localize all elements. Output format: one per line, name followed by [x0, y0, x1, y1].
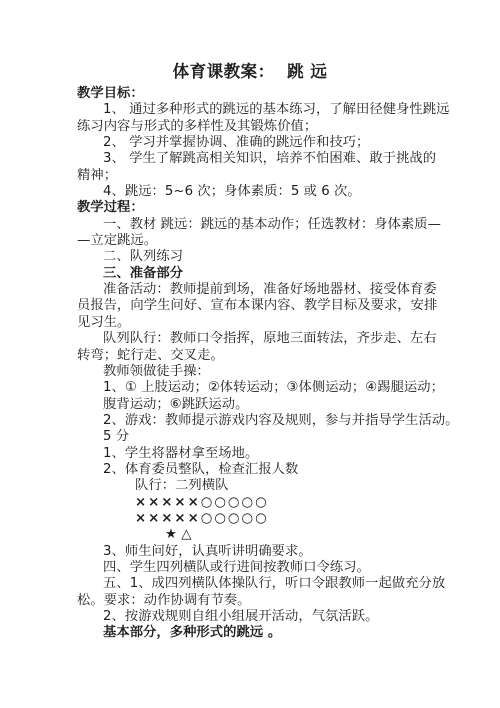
- text-line: 4、跳远：5~6 次；身体素质：5 或 6 次。: [77, 184, 447, 200]
- formation-crosses: ×××××: [135, 495, 201, 510]
- text-line: 三、准备部分: [77, 266, 447, 282]
- document-body: 教学目标：1、 通过多种形式的跳远的基本练习，了解田径健身性跳远练习内容与形式的…: [77, 86, 447, 642]
- formation-circles: ○○○○○: [201, 511, 269, 526]
- text-line: 1、 通过多种形式的跳远的基本练习，了解田径健身性跳远: [77, 102, 447, 118]
- text-line: 教师领做徒手操：: [77, 364, 447, 380]
- text-line: 转弯；蛇行走、交叉走。: [77, 348, 447, 364]
- text-line: 精神；: [77, 168, 447, 184]
- text-line: ★ △: [77, 527, 447, 543]
- text-line: —立定跳远。: [77, 233, 447, 249]
- text-line: 准备活动：教师提前到场，准备好场地器材、接受体育委: [77, 282, 447, 298]
- text-line: 基本部分，多种形式的跳远 。: [77, 625, 447, 641]
- text-line: 四、学生四列横队或行进间按教师口令练习。: [77, 560, 447, 576]
- text-line: 3、师生问好，认真听讲明确要求。: [77, 544, 447, 560]
- formation-circles: ○○○○○: [201, 495, 269, 510]
- document-title: 体育课教案： 跳 远: [0, 58, 500, 82]
- text-line: 1、① 上肢运动；②体转运动；③体侧运动；④踢腿运动；: [77, 380, 447, 396]
- text-line: 2、游戏：教师提示游戏内容及规则，参与并指导学生活动。: [77, 413, 447, 429]
- text-line: 1、学生将器材拿至场地。: [77, 446, 447, 462]
- text-line: 3、 学生了解跳高相关知识，培养不怕困难、敢于挑战的: [77, 151, 447, 167]
- text-line: 五、1、成四列横队体操队行，听口令跟教师一起做充分放: [77, 576, 447, 592]
- text-line: 员报告，向学生问好、宣布本课内容、教学目标及要求，安排: [77, 298, 447, 314]
- text-line: 腹背运动；⑥跳跃运动。: [77, 397, 447, 413]
- text-line: 一、教材 跳远：跳远的基本动作；任选教材：身体素质—: [77, 217, 447, 233]
- text-line: 队行：二列横队: [77, 478, 447, 494]
- text-line: 5 分: [77, 429, 447, 445]
- text-line: 2、按游戏规则自组小组展开活动，气氛活跃。: [77, 609, 447, 625]
- text-line: 队列队行：教师口令指挥，原地三面转法，齐步走、左右: [77, 331, 447, 347]
- text-line: 2、体育委员整队，检查汇报人数: [77, 462, 447, 478]
- text-line: 教学目标：: [77, 86, 447, 102]
- text-line: 松。要求：动作协调有节奏。: [77, 593, 447, 609]
- document-page: 体育课教案： 跳 远 教学目标：1、 通过多种形式的跳远的基本练习，了解田径健身…: [0, 0, 500, 708]
- text-line: 教学过程：: [77, 200, 447, 216]
- formation-row: ×××××○○○○○: [77, 511, 447, 527]
- text-line: 二、队列练习: [77, 249, 447, 265]
- formation-crosses: ×××××: [135, 511, 201, 526]
- text-line: 2、 学习并掌握协调、准确的跳远作和技巧；: [77, 135, 447, 151]
- formation-row: ×××××○○○○○: [77, 495, 447, 511]
- text-line: 练习内容与形式的多样性及其锻炼价值；: [77, 119, 447, 135]
- text-line: 见习生。: [77, 315, 447, 331]
